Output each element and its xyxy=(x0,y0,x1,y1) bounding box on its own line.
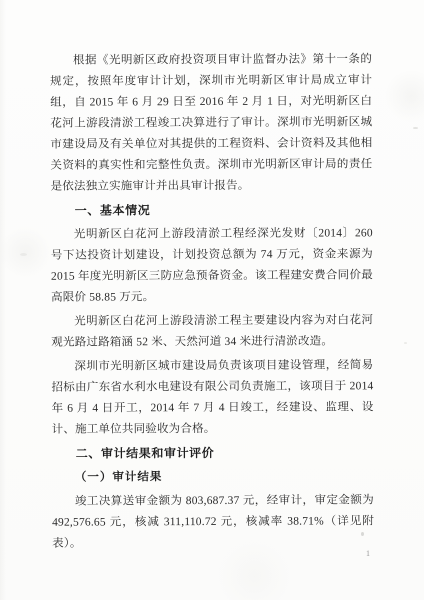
document-text-block: 根据《光明新区政府投资项目审计监督办法》第十一条的规定，按照年度审计计划，深圳市… xyxy=(50,49,374,557)
paragraph-project-management: 深圳市光明新区城市建设局负责该项目建设管理，经简易招标由广东省水利水电建设有限公… xyxy=(51,355,373,440)
paragraph-construction-scope: 光明新区白花河上游段清淤工程主要建设内容为对白花河观光路过路箱涵 52 米、天然… xyxy=(51,310,373,353)
paragraph-investment-plan: 光明新区白花河上游段清淤工程经深光发财〔2014〕260 号下达投资计划建设，计… xyxy=(51,223,373,308)
paragraph-settlement-amounts: 竣工决算送审金额为 803,687.37 元，经审计，审定金额为 492,576… xyxy=(52,490,374,554)
section-heading-basic-info: 一、基本情况 xyxy=(51,199,373,221)
scan-speck xyxy=(404,342,407,344)
scan-speck xyxy=(20,253,27,256)
scanned-document-page: 根据《光明新区政府投资项目审计监督办法》第十一条的规定，按照年度审计计划，深圳市… xyxy=(0,0,424,600)
section-heading-audit-results: 二、审计结果和审计评价 xyxy=(52,442,374,464)
paragraph-audit-basis: 根据《光明新区政府投资项目审计监督办法》第十一条的规定，按照年度审计计划，深圳市… xyxy=(50,49,373,197)
scan-speck xyxy=(361,532,364,536)
subsection-heading-audit-result: （一）审计结果 xyxy=(52,466,374,488)
scan-speck xyxy=(413,127,418,129)
page-number: 1 xyxy=(366,549,370,558)
scan-edge-shadow xyxy=(0,0,6,600)
